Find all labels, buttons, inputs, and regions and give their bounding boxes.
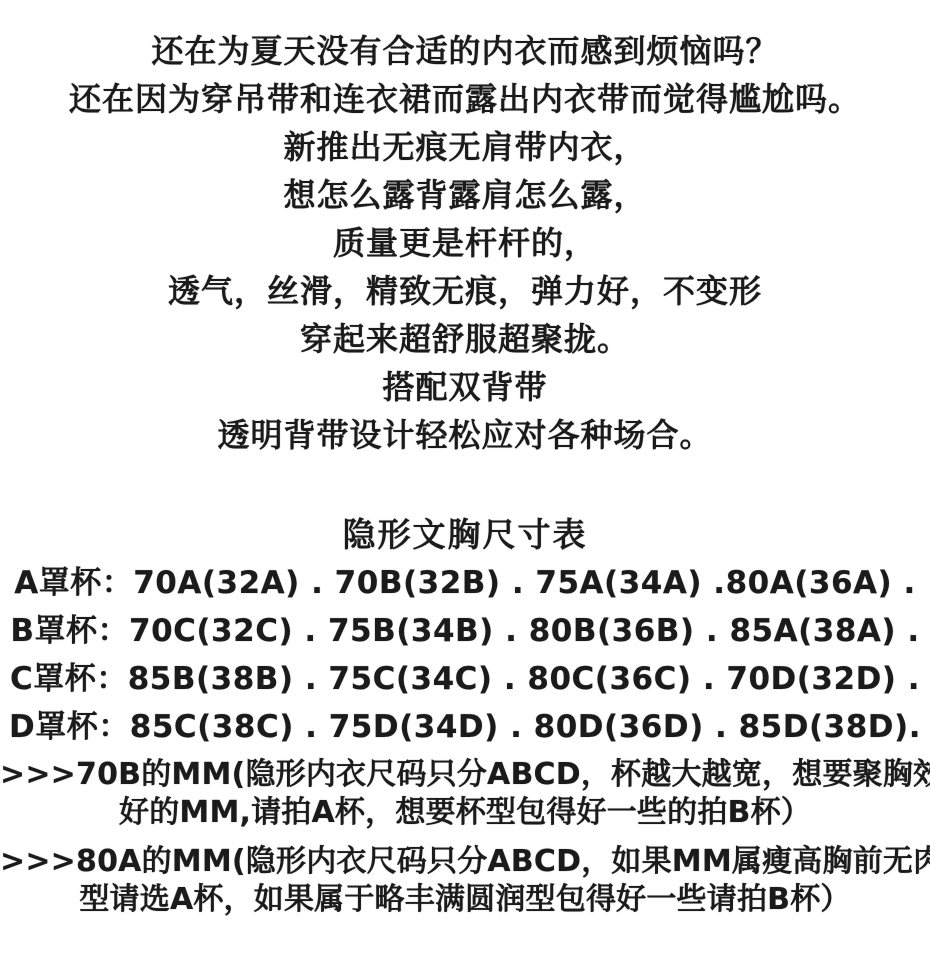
- size-row-a-cup: A罩杯：70A(32A) . 70B(32B) . 75A(34A) .80A(…: [0, 559, 930, 607]
- note-70b-advice: >>>70B的MM(隐形内衣尺码只分ABCD，杯越大越宽，想要聚胸效果 好的MM…: [0, 756, 930, 832]
- sizing-notes-section: >>>70B的MM(隐形内衣尺码只分ABCD，杯越大越宽，想要聚胸效果 好的MM…: [0, 756, 930, 919]
- intro-line-1: 还在为夏天没有合适的内衣而感到烦恼吗？: [0, 27, 930, 75]
- size-row-c-cup: C罩杯：85B(38B) . 75C(34C) . 80C(36C) . 70D…: [0, 655, 930, 703]
- size-row-b-cup: B罩杯：70C(32C) . 75B(34B) . 80B(36B) . 85A…: [0, 607, 930, 655]
- product-description-image: 还在为夏天没有合适的内衣而感到烦恼吗？ 还在因为穿吊带和连衣裙而露出内衣带而觉得…: [0, 0, 930, 960]
- intro-line-7: 穿起来超舒服超聚拢。: [0, 315, 930, 363]
- intro-line-2: 还在因为穿吊带和连衣裙而露出内衣带而觉得尴尬吗。: [0, 75, 930, 123]
- note-line: >>>70B的MM(隐形内衣尺码只分ABCD，杯越大越宽，想要聚胸效果: [0, 756, 930, 794]
- note-80a-advice: >>>80A的MM(隐形内衣尺码只分ABCD，如果MM属瘦高胸前无肉 型请选A杯…: [0, 843, 930, 919]
- note-line: >>>80A的MM(隐形内衣尺码只分ABCD，如果MM属瘦高胸前无肉: [0, 843, 930, 881]
- note-line: 好的MM,请拍A杯，想要杯型包得好一些的拍B杯）: [0, 794, 930, 832]
- intro-line-6: 透气，丝滑，精致无痕，弹力好，不变形: [0, 267, 930, 315]
- intro-section: 还在为夏天没有合适的内衣而感到烦恼吗？ 还在因为穿吊带和连衣裙而露出内衣带而觉得…: [0, 0, 930, 459]
- intro-line-5: 质量更是杆杆的，: [0, 219, 930, 267]
- intro-line-9: 透明背带设计轻松应对各种场合。: [0, 411, 930, 459]
- size-table-section: 隐形文胸尺寸表 A罩杯：70A(32A) . 70B(32B) . 75A(34…: [0, 511, 930, 751]
- intro-line-8: 搭配双背带: [0, 363, 930, 411]
- intro-line-4: 想怎么露背露肩怎么露，: [0, 171, 930, 219]
- intro-line-3: 新推出无痕无肩带内衣，: [0, 123, 930, 171]
- size-table-title: 隐形文胸尺寸表: [0, 511, 930, 559]
- note-line: 型请选A杯，如果属于略丰满圆润型包得好一些请拍B杯）: [0, 881, 930, 919]
- size-row-d-cup: D罩杯：85C(38C) . 75D(34D) . 80D(36D) . 85D…: [0, 703, 930, 751]
